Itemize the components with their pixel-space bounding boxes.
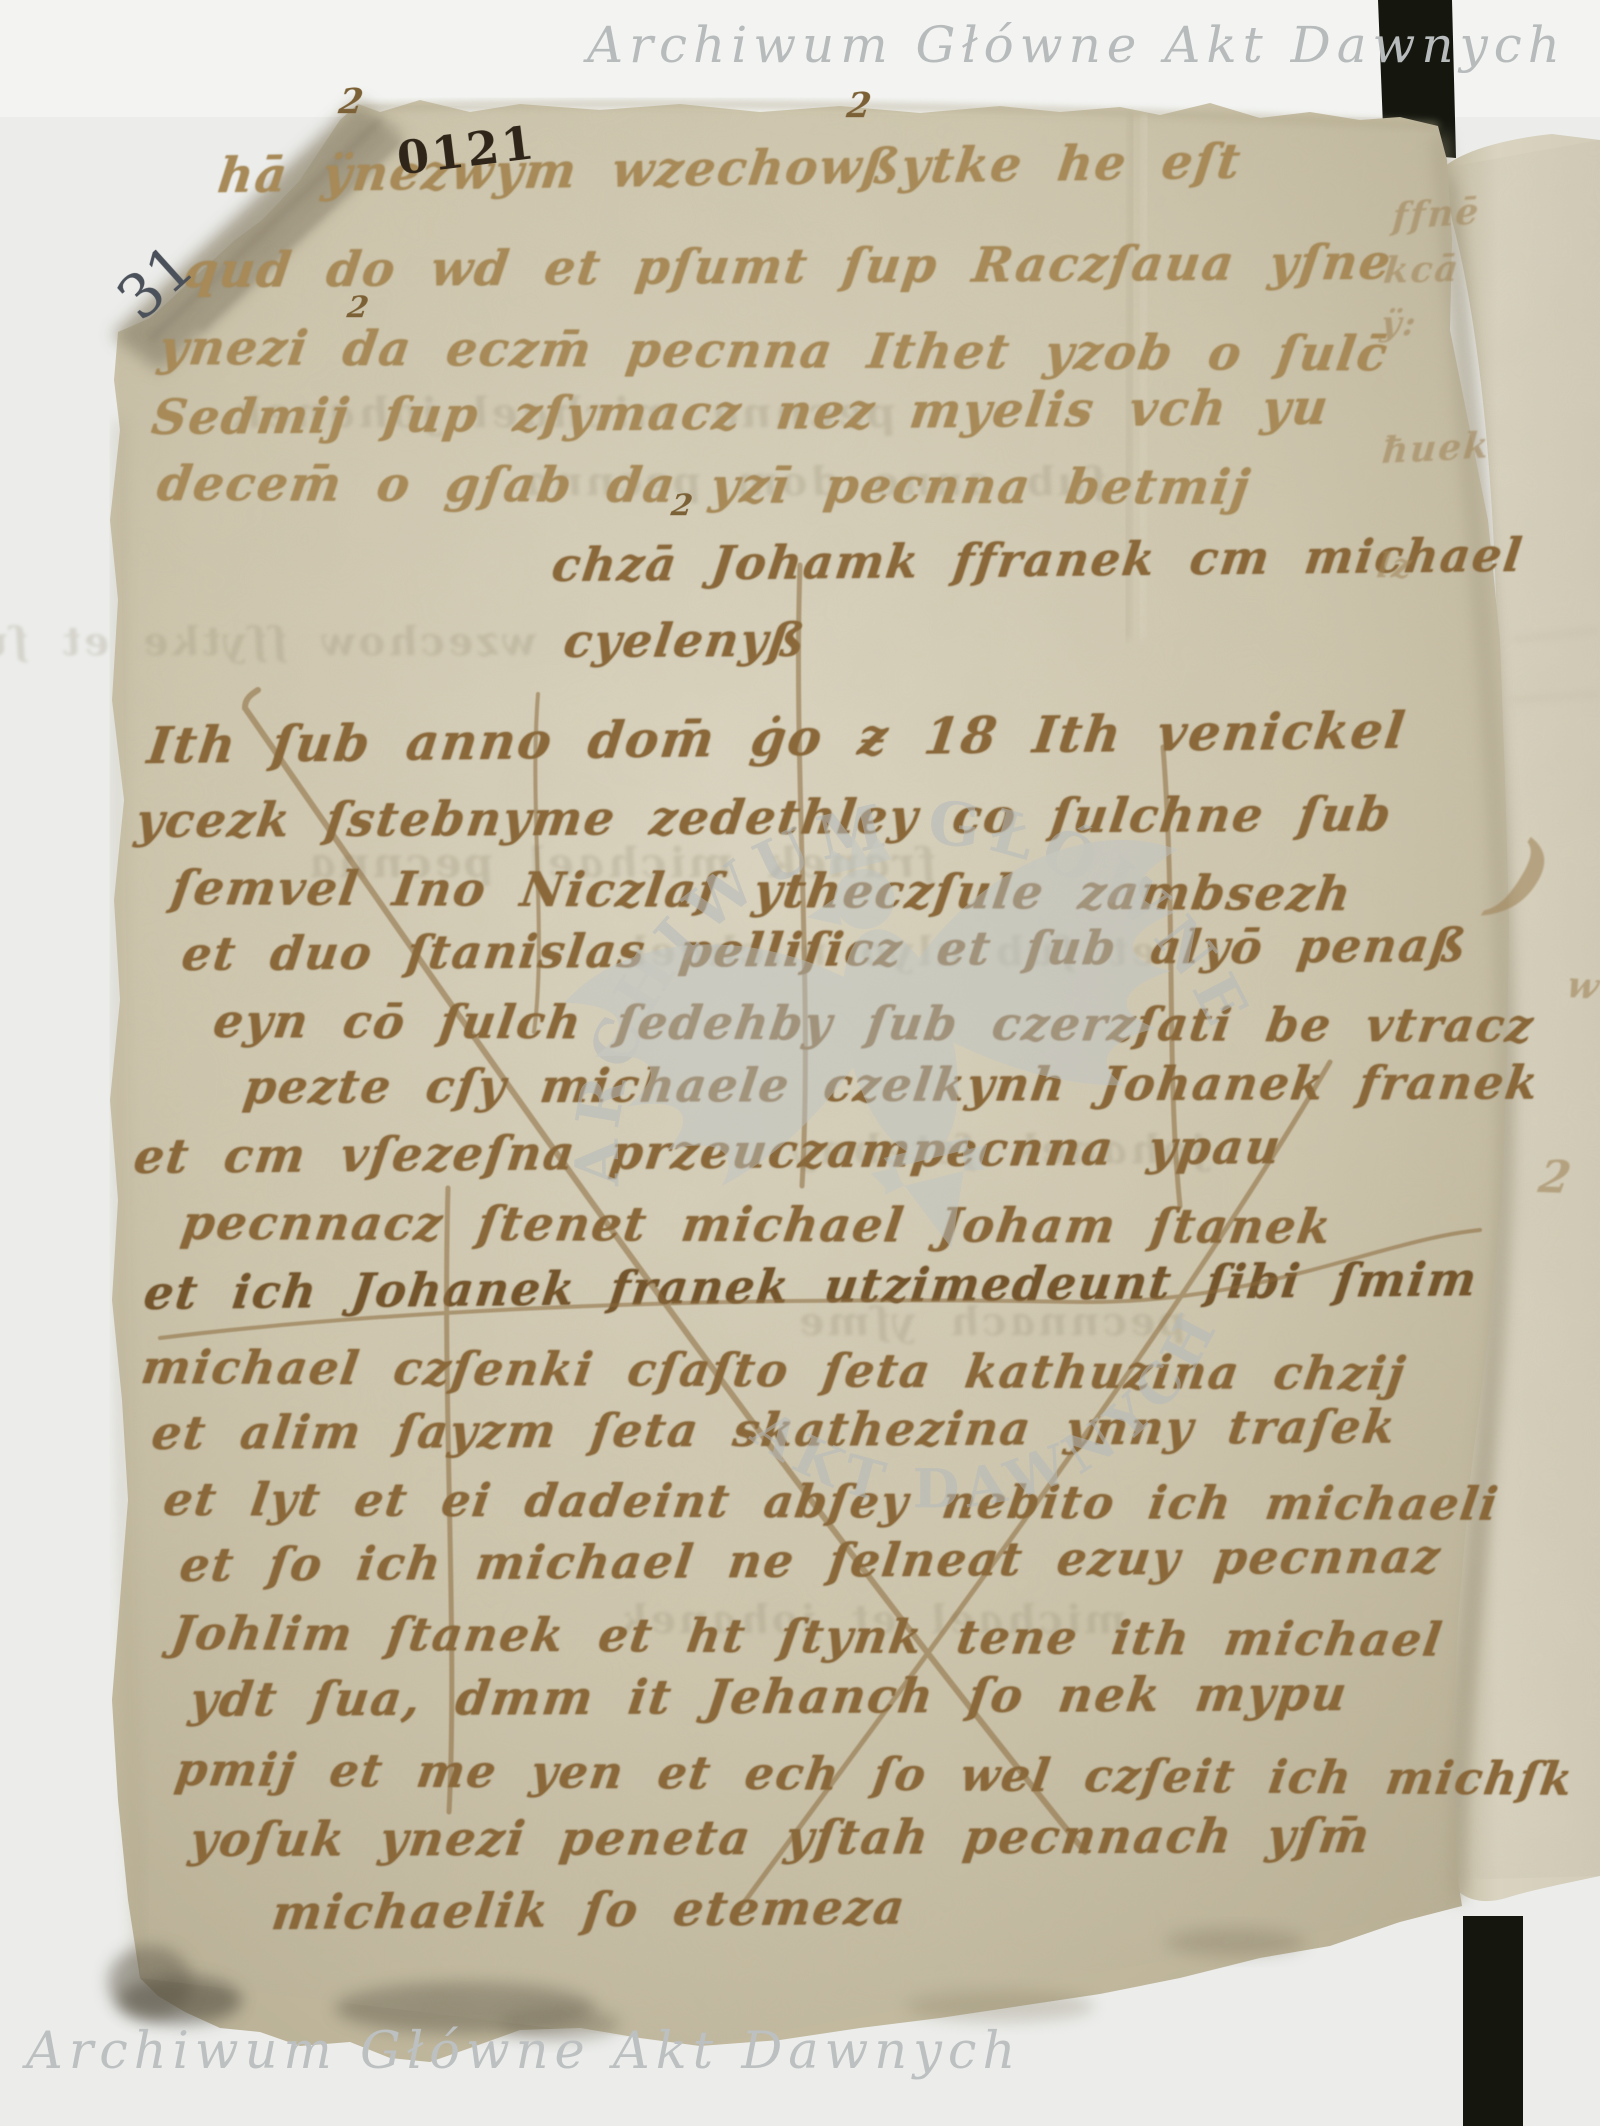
manuscript-scan: pecnna michael johanekſub anno dom pecnn… [0,0,1600,2126]
stamp-arc-bottom-text: AKT DAWNYCH [730,1285,1263,1574]
archive-watermark-bottom: Archiwum Główne Akt Dawnych [26,2022,1021,2081]
agad-stamp-watermark: ARCHIWUM GŁÓWNE AKT DAWNYCH [0,0,1600,2126]
archive-watermark-top: Archiwum Główne Akt Dawnych [587,16,1566,74]
